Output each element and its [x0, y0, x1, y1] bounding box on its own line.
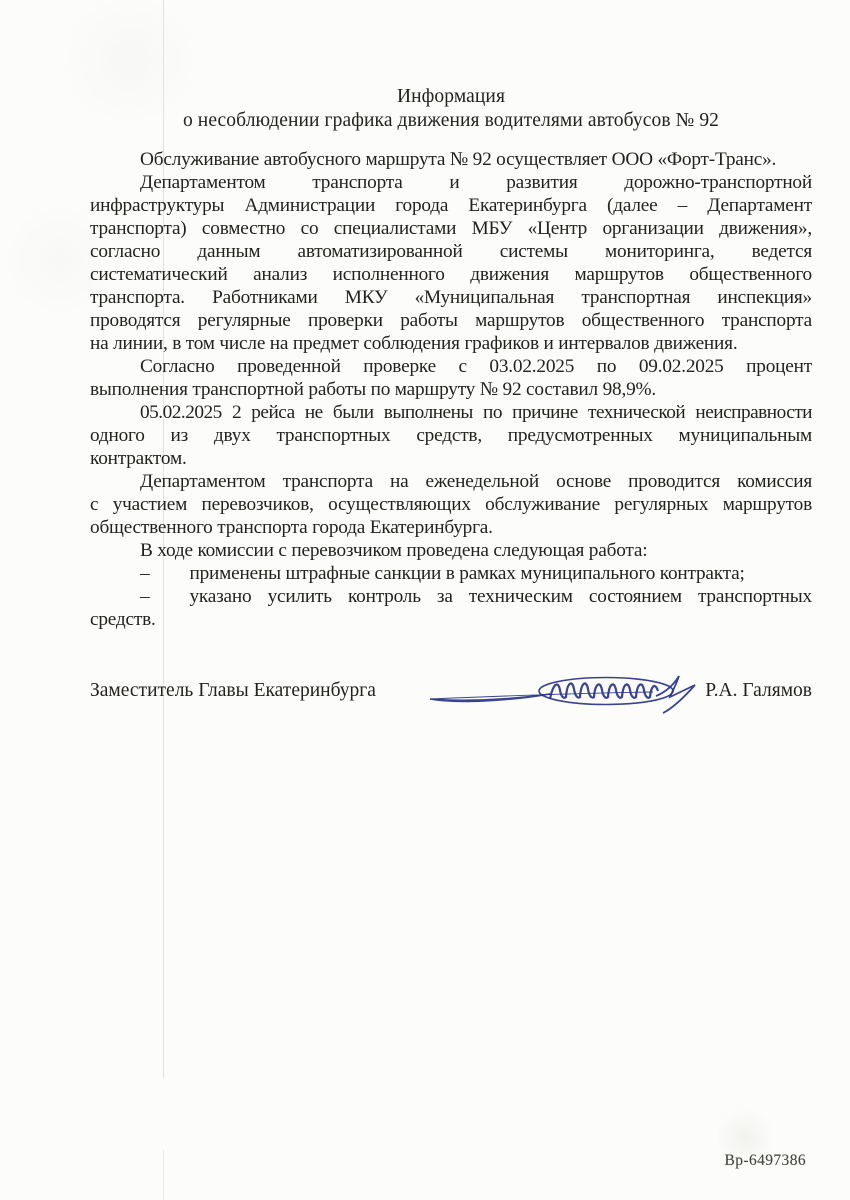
signatory-name: Р.А. Галямов — [705, 679, 812, 702]
document-title: Информация — [90, 85, 812, 109]
document-line: систематический анализ исполненного движ… — [90, 263, 812, 286]
list-item-text: указано усилить контроль за техническим … — [189, 586, 812, 607]
document-body: Обслуживание автобусного маршрута № 92 о… — [90, 148, 812, 631]
document-line: Департаментом транспорта и развития доро… — [90, 171, 812, 194]
document-line: Обслуживание автобусного маршрута № 92 о… — [90, 148, 812, 171]
fold-line-bottom — [163, 1150, 164, 1200]
registration-number: Вр-6497386 — [725, 1152, 807, 1170]
document-line: выполнения транспортной работы по маршру… — [90, 378, 812, 401]
document-line: транспорта) совместно со специалистами М… — [90, 217, 812, 240]
document-line: общественного транспорта города Екатерин… — [90, 516, 812, 539]
document-line: согласно данным автоматизированной систе… — [90, 240, 812, 263]
scanned-document-page: Информация о несоблюдении графика движен… — [0, 0, 850, 1200]
document-line: транспорта. Работниками МКУ «Муниципальн… — [90, 286, 812, 309]
document-line: Департаментом транспорта на еженедельной… — [90, 470, 812, 493]
list-item-line: –применены штрафные санкции в рамках мун… — [90, 562, 812, 585]
document-line: контрактом. — [90, 447, 812, 470]
list-dash: – — [140, 586, 149, 607]
document-line: Согласно проведенной проверке с 03.02.20… — [90, 355, 812, 378]
document-line: инфраструктуры Администрации города Екат… — [90, 194, 812, 217]
list-dash: – — [140, 563, 149, 584]
signature-block: Заместитель Главы Екатеринбурга Р.А. Гал… — [90, 679, 812, 702]
signatory-position: Заместитель Главы Екатеринбурга — [90, 679, 376, 702]
list-item-line: –указано усилить контроль за техническим… — [90, 585, 812, 608]
document-line: 05.02.2025 2 рейса не были выполнены по … — [90, 401, 812, 424]
document-line: с участием перевозчиков, осуществляющих … — [90, 493, 812, 516]
document-line: В ходе комиссии с перевозчиком проведена… — [90, 539, 812, 562]
document-line: на линии, в том числе на предмет соблюде… — [90, 332, 812, 355]
document-line: проводятся регулярные проверки работы ма… — [90, 309, 812, 332]
document-line: средств. — [90, 608, 812, 631]
document-subtitle: о несоблюдении графика движения водителя… — [90, 109, 812, 133]
document-line: одного из двух транспортных средств, пре… — [90, 424, 812, 447]
list-item-text: применены штрафные санкции в рамках муни… — [189, 563, 744, 584]
title-block: Информация о несоблюдении графика движен… — [90, 85, 812, 132]
